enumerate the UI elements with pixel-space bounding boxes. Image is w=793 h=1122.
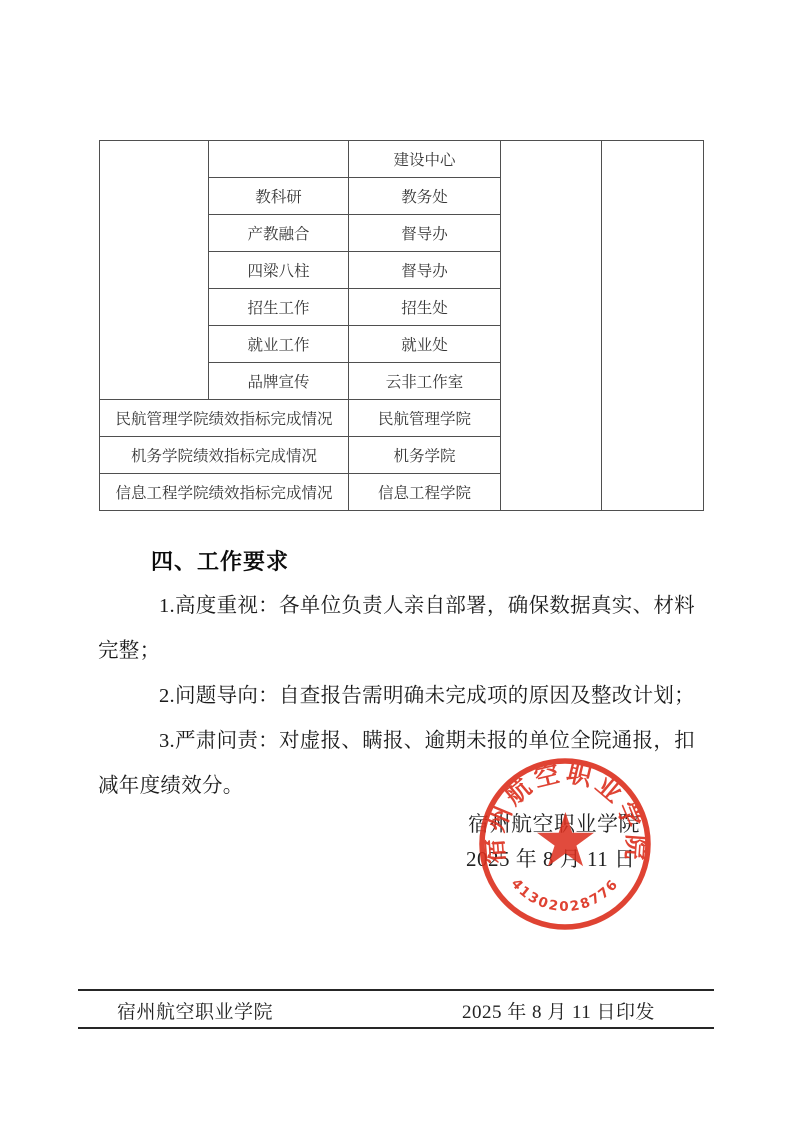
official-seal: 宿州航空职业学院 3413020287761	[465, 744, 665, 944]
table-cell-dept: 云非工作室	[349, 363, 501, 400]
table-cell-dept: 督导办	[349, 215, 501, 252]
body-line-3: 2.问题导向：自查报告需明确未完成项的原因及整改计划；	[159, 678, 695, 708]
section-heading: 四、工作要求	[151, 545, 289, 576]
table-cell-item: 就业工作	[209, 326, 349, 363]
footer-org: 宿州航空职业学院	[117, 997, 273, 1024]
table-cell-item: 产教融合	[209, 215, 349, 252]
table-cell-category-empty	[100, 141, 209, 400]
footer-date-line: 2025 年 8 月 11 日印发	[462, 997, 655, 1024]
table-cell-item: 四梁八柱	[209, 252, 349, 289]
table-cell-dept: 信息工程学院	[349, 474, 501, 511]
table-cell-dept: 就业处	[349, 326, 501, 363]
table-cell-dept: 民航管理学院	[349, 400, 501, 437]
body-line-5: 减年度绩效分。	[98, 768, 244, 798]
table-cell-item: 品牌宣传	[209, 363, 349, 400]
document-page: 建设中心 教科研 教务处 产教融合 督导办 四梁八柱 督导办 招生工作 招生处 …	[0, 0, 793, 1122]
body-line-2: 完整；	[98, 633, 160, 663]
body-line-1: 1.高度重视：各单位负责人亲自部署，确保数据真实、材料	[159, 588, 695, 618]
table-cell-dept: 招生处	[349, 289, 501, 326]
footer-rule-bottom	[78, 1027, 714, 1029]
table-cell-col5-empty	[602, 141, 704, 511]
table-cell-item	[209, 141, 349, 178]
table-row: 建设中心	[100, 141, 704, 178]
table-cell-item: 招生工作	[209, 289, 349, 326]
table-cell-dept: 建设中心	[349, 141, 501, 178]
table-cell-item-wide: 信息工程学院绩效指标完成情况	[100, 474, 349, 511]
table-cell-item: 教科研	[209, 178, 349, 215]
table-cell-dept: 督导办	[349, 252, 501, 289]
table-cell-item-wide: 机务学院绩效指标完成情况	[100, 437, 349, 474]
table-cell-item-wide: 民航管理学院绩效指标完成情况	[100, 400, 349, 437]
star-icon	[537, 812, 594, 866]
table-cell-dept: 教务处	[349, 178, 501, 215]
table-cell-col4-empty	[501, 141, 602, 511]
performance-table: 建设中心 教科研 教务处 产教融合 督导办 四梁八柱 督导办 招生工作 招生处 …	[99, 140, 704, 511]
table-cell-dept: 机务学院	[349, 437, 501, 474]
footer-rule-top	[78, 989, 714, 991]
